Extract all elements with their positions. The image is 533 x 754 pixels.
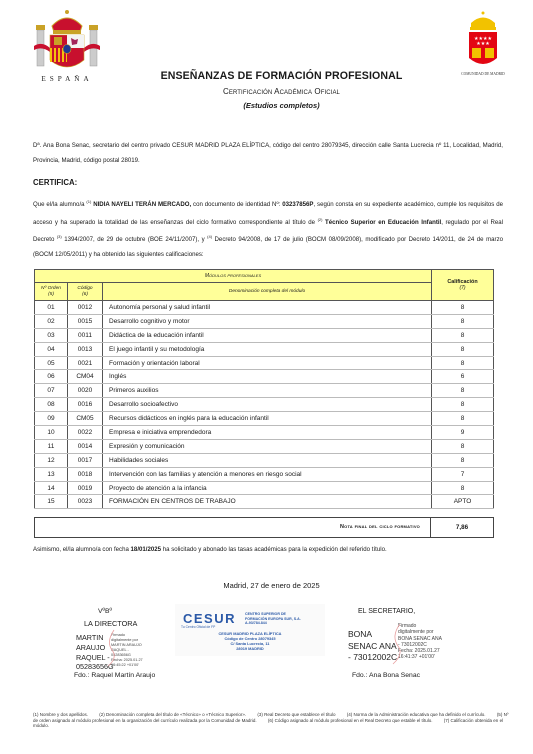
stamp-line: 28019 MADRID: [175, 646, 325, 651]
grade-column-header: Calificación (7): [432, 270, 494, 301]
module-grade: 7: [432, 467, 494, 481]
module-name: Expresión y comunicación: [103, 439, 432, 453]
footnote: (4) Norma de la Administración educativa…: [347, 712, 486, 717]
code-header-label: Código: [77, 286, 92, 291]
module-grade: APTO: [432, 495, 494, 509]
id-number: 03237856P: [282, 201, 313, 208]
signature-detail: 16:45:22 +01'00': [111, 663, 143, 668]
comunidad-de-madrid-logo: ★★★★ ★★★ COMUNIDAD DE MADRID: [452, 8, 514, 78]
secretary-digital-signature-name: BONA SENAC ANA - 73012002C: [348, 629, 397, 664]
footnote: (3) Real Decreto que establece el título: [257, 712, 335, 717]
signature-line: MARTIN: [76, 633, 114, 643]
module-code: 0023: [68, 495, 103, 509]
footnote: (6) Código asignado al módulo profesiona…: [268, 718, 433, 723]
module-order: 13: [35, 467, 68, 481]
module-grade: 8: [432, 453, 494, 467]
grade-header-note: (7): [432, 285, 493, 292]
module-grade: 9: [432, 426, 494, 440]
module-order: 01: [35, 301, 68, 315]
table-row: 050021Formación y orientación laboral8: [35, 356, 494, 370]
signature-line: - 73012002C: [348, 652, 397, 664]
director-digital-signature-details: Firmado digitalmente por MARTIN ARAUJO R…: [111, 633, 143, 668]
module-order: 02: [35, 314, 68, 328]
code-column-header: Código(6): [68, 283, 103, 301]
certification-paragraph: Que el/la alumno/a (1) NIDIA NAYELI TERÁ…: [33, 195, 503, 262]
order-header-note: (5): [48, 292, 54, 297]
module-order: 11: [35, 439, 68, 453]
signature-detail: BONA SENAC ANA: [398, 636, 442, 642]
module-code: 0016: [68, 398, 103, 412]
svg-text:★★★: ★★★: [476, 41, 490, 47]
stamp-line: A-93/784.844: [245, 621, 301, 626]
table-row: 020015Desarrollo cognitivo y motor8: [35, 314, 494, 328]
module-grade: 8: [432, 398, 494, 412]
table-row: 030011Didáctica de la educación infantil…: [35, 328, 494, 342]
module-grade: 8: [432, 301, 494, 315]
stamp-center-info: CESUR MADRID PLAZA ELÍPTICA Código de Ce…: [175, 631, 325, 651]
document-title: ENSEÑANZAS DE FORMACIÓN PROFESIONAL: [0, 70, 533, 82]
module-order: 07: [35, 384, 68, 398]
table-row: 120017Habilidades sociales8: [35, 453, 494, 467]
director-signed-by: Fdo.: Raquel Martín Araujo: [74, 672, 155, 679]
module-order: 14: [35, 481, 68, 495]
final-grade-box: Nota final del ciclo formativo 7,86: [34, 517, 494, 538]
module-grade: 8: [432, 412, 494, 426]
stamp-brand: CESUR: [183, 611, 236, 626]
degree-title: Técnico Superior en Educación Infantil: [322, 219, 441, 226]
module-name: Proyecto de atención a la infancia: [103, 481, 432, 495]
module-code: 0014: [68, 439, 103, 453]
table-row: 110014Expresión y comunicación8: [35, 439, 494, 453]
secretary-title: EL SECRETARIO,: [358, 608, 415, 615]
module-code: 0015: [68, 314, 103, 328]
module-name: Formación y orientación laboral: [103, 356, 432, 370]
module-code: 0017: [68, 453, 103, 467]
module-grade: 8: [432, 439, 494, 453]
module-grade: 8: [432, 384, 494, 398]
text-fragment: Que el/la alumno/a: [33, 201, 86, 208]
signature-line: 05283656G: [76, 662, 114, 672]
module-grade: 8: [432, 342, 494, 356]
module-grade: 8: [432, 328, 494, 342]
module-name: Desarrollo cognitivo y motor: [103, 314, 432, 328]
table-row: 010012Autonomía personal y salud infanti…: [35, 301, 494, 315]
module-code: 0012: [68, 301, 103, 315]
table-row: 080016Desarrollo socioafectivo8: [35, 398, 494, 412]
certifica-heading: CERTIFICA:: [33, 178, 77, 187]
module-name: El juego infantil y su metodología: [103, 342, 432, 356]
table-row: 040013El juego infantil y su metodología…: [35, 342, 494, 356]
module-name: Habilidades sociales: [103, 453, 432, 467]
request-date: 18/01/2025: [131, 546, 162, 553]
intro-paragraph: Dª. Ana Bona Senac, secretario del centr…: [33, 139, 503, 168]
order-header-label: Nº Orden: [41, 286, 61, 291]
module-name: Didáctica de la educación infantil: [103, 328, 432, 342]
module-order: 04: [35, 342, 68, 356]
module-order: 09: [35, 412, 68, 426]
module-code: 0020: [68, 384, 103, 398]
order-column-header: Nº Orden(5): [35, 283, 68, 301]
footnote: (1) Nombre y dos apellidos.: [33, 712, 88, 717]
module-code: CM05: [68, 412, 103, 426]
table-row: 150023FORMACIÓN EN CENTROS DE TRABAJOAPT…: [35, 495, 494, 509]
module-order: 15: [35, 495, 68, 509]
code-header-note: (6): [82, 292, 88, 297]
module-name: Autonomía personal y salud infantil: [103, 301, 432, 315]
module-code: 0021: [68, 356, 103, 370]
module-order: 03: [35, 328, 68, 342]
footnote: (2) Denominación completa del título de …: [99, 712, 246, 717]
module-name: Empresa e iniciativa emprendedora: [103, 426, 432, 440]
signature-detail: 16:41:37 +01'00': [398, 654, 442, 660]
module-grade: 8: [432, 481, 494, 495]
module-order: 05: [35, 356, 68, 370]
signature-line: ARAUJO: [76, 643, 114, 653]
module-grade: 8: [432, 356, 494, 370]
module-code: 0011: [68, 328, 103, 342]
stamp-company: CENTRO SUPERIOR DE FORMACIÓN EUROPA SUR,…: [245, 612, 301, 626]
module-grade: 8: [432, 314, 494, 328]
module-name: FORMACIÓN EN CENTROS DE TRABAJO: [103, 495, 432, 509]
final-grade-label: Nota final del ciclo formativo: [35, 518, 431, 537]
text-fragment: ha solicitado y abonado las tasas académ…: [161, 546, 387, 553]
table-row: 130018Intervención con las familias y at…: [35, 467, 494, 481]
student-name: NIDIA NAYELI TERÁN MERCADO,: [91, 201, 191, 208]
table-row: 140019Proyecto de atención a la infancia…: [35, 481, 494, 495]
module-code: 0013: [68, 342, 103, 356]
module-grade: 6: [432, 370, 494, 384]
cesur-stamp: CESUR Tu Centro Oficial de FP CENTRO SUP…: [175, 604, 325, 656]
module-name: Intervención con las familias y atención…: [103, 467, 432, 481]
secretary-signed-by: Fdo.: Ana Bona Senac: [352, 672, 420, 679]
module-order: 06: [35, 370, 68, 384]
footnotes: (1) Nombre y dos apellidos. (2) Denomina…: [33, 712, 513, 729]
grades-table: Módulos profesionales Calificación (7) N…: [34, 269, 494, 509]
name-column-header: Denominación completa del módulo: [103, 283, 432, 301]
text-fragment: 1394/2007, de 29 de octubre (BOE 24/11/2…: [62, 236, 207, 243]
signature-line: SENAC ANA: [348, 641, 397, 653]
table-row: 06CM04Inglés6: [35, 370, 494, 384]
place-and-date: Madrid, 27 de enero de 2025: [0, 581, 533, 590]
module-name: Recursos didácticos en inglés para la ed…: [103, 412, 432, 426]
final-grade-value: 7,86: [431, 518, 493, 537]
madrid-shield-icon: ★★★★ ★★★ COMUNIDAD DE MADRID: [452, 8, 514, 78]
document-subtitle-scope: (Estudios completos): [0, 101, 533, 110]
closing-paragraph: Asimismo, el/la alumno/a con fecha 18/01…: [33, 543, 503, 557]
module-code: 0022: [68, 426, 103, 440]
module-order: 10: [35, 426, 68, 440]
director-title: LA DIRECTORA: [84, 619, 137, 628]
document-subtitle: Certificación Académica Oficial: [0, 87, 533, 96]
modules-header: Módulos profesionales: [35, 270, 432, 283]
director-digital-signature-name: MARTIN ARAUJO RAQUEL - 05283656G: [76, 633, 114, 672]
module-name: Primeros auxilios: [103, 384, 432, 398]
text-fragment: con documento de identidad Nº:: [191, 201, 282, 208]
stamp-tagline: Tu Centro Oficial de FP: [181, 625, 215, 629]
module-name: Desarrollo socioafectivo: [103, 398, 432, 412]
signature-line: BONA: [348, 629, 397, 641]
visto-bueno-label: VºBº: [98, 608, 112, 615]
module-order: 08: [35, 398, 68, 412]
text-fragment: Asimismo, el/la alumno/a con fecha: [33, 546, 131, 553]
module-code: 0019: [68, 481, 103, 495]
module-order: 12: [35, 453, 68, 467]
module-code: CM04: [68, 370, 103, 384]
table-row: 100022Empresa e iniciativa emprendedora9: [35, 426, 494, 440]
table-row: 09CM05Recursos didácticos en inglés para…: [35, 412, 494, 426]
secretary-digital-signature-details: Firmado digitalmente por BONA SENAC ANA …: [398, 623, 442, 661]
signature-line: RAQUEL -: [76, 653, 114, 663]
module-code: 0018: [68, 467, 103, 481]
module-name: Inglés: [103, 370, 432, 384]
table-row: 070020Primeros auxilios8: [35, 384, 494, 398]
